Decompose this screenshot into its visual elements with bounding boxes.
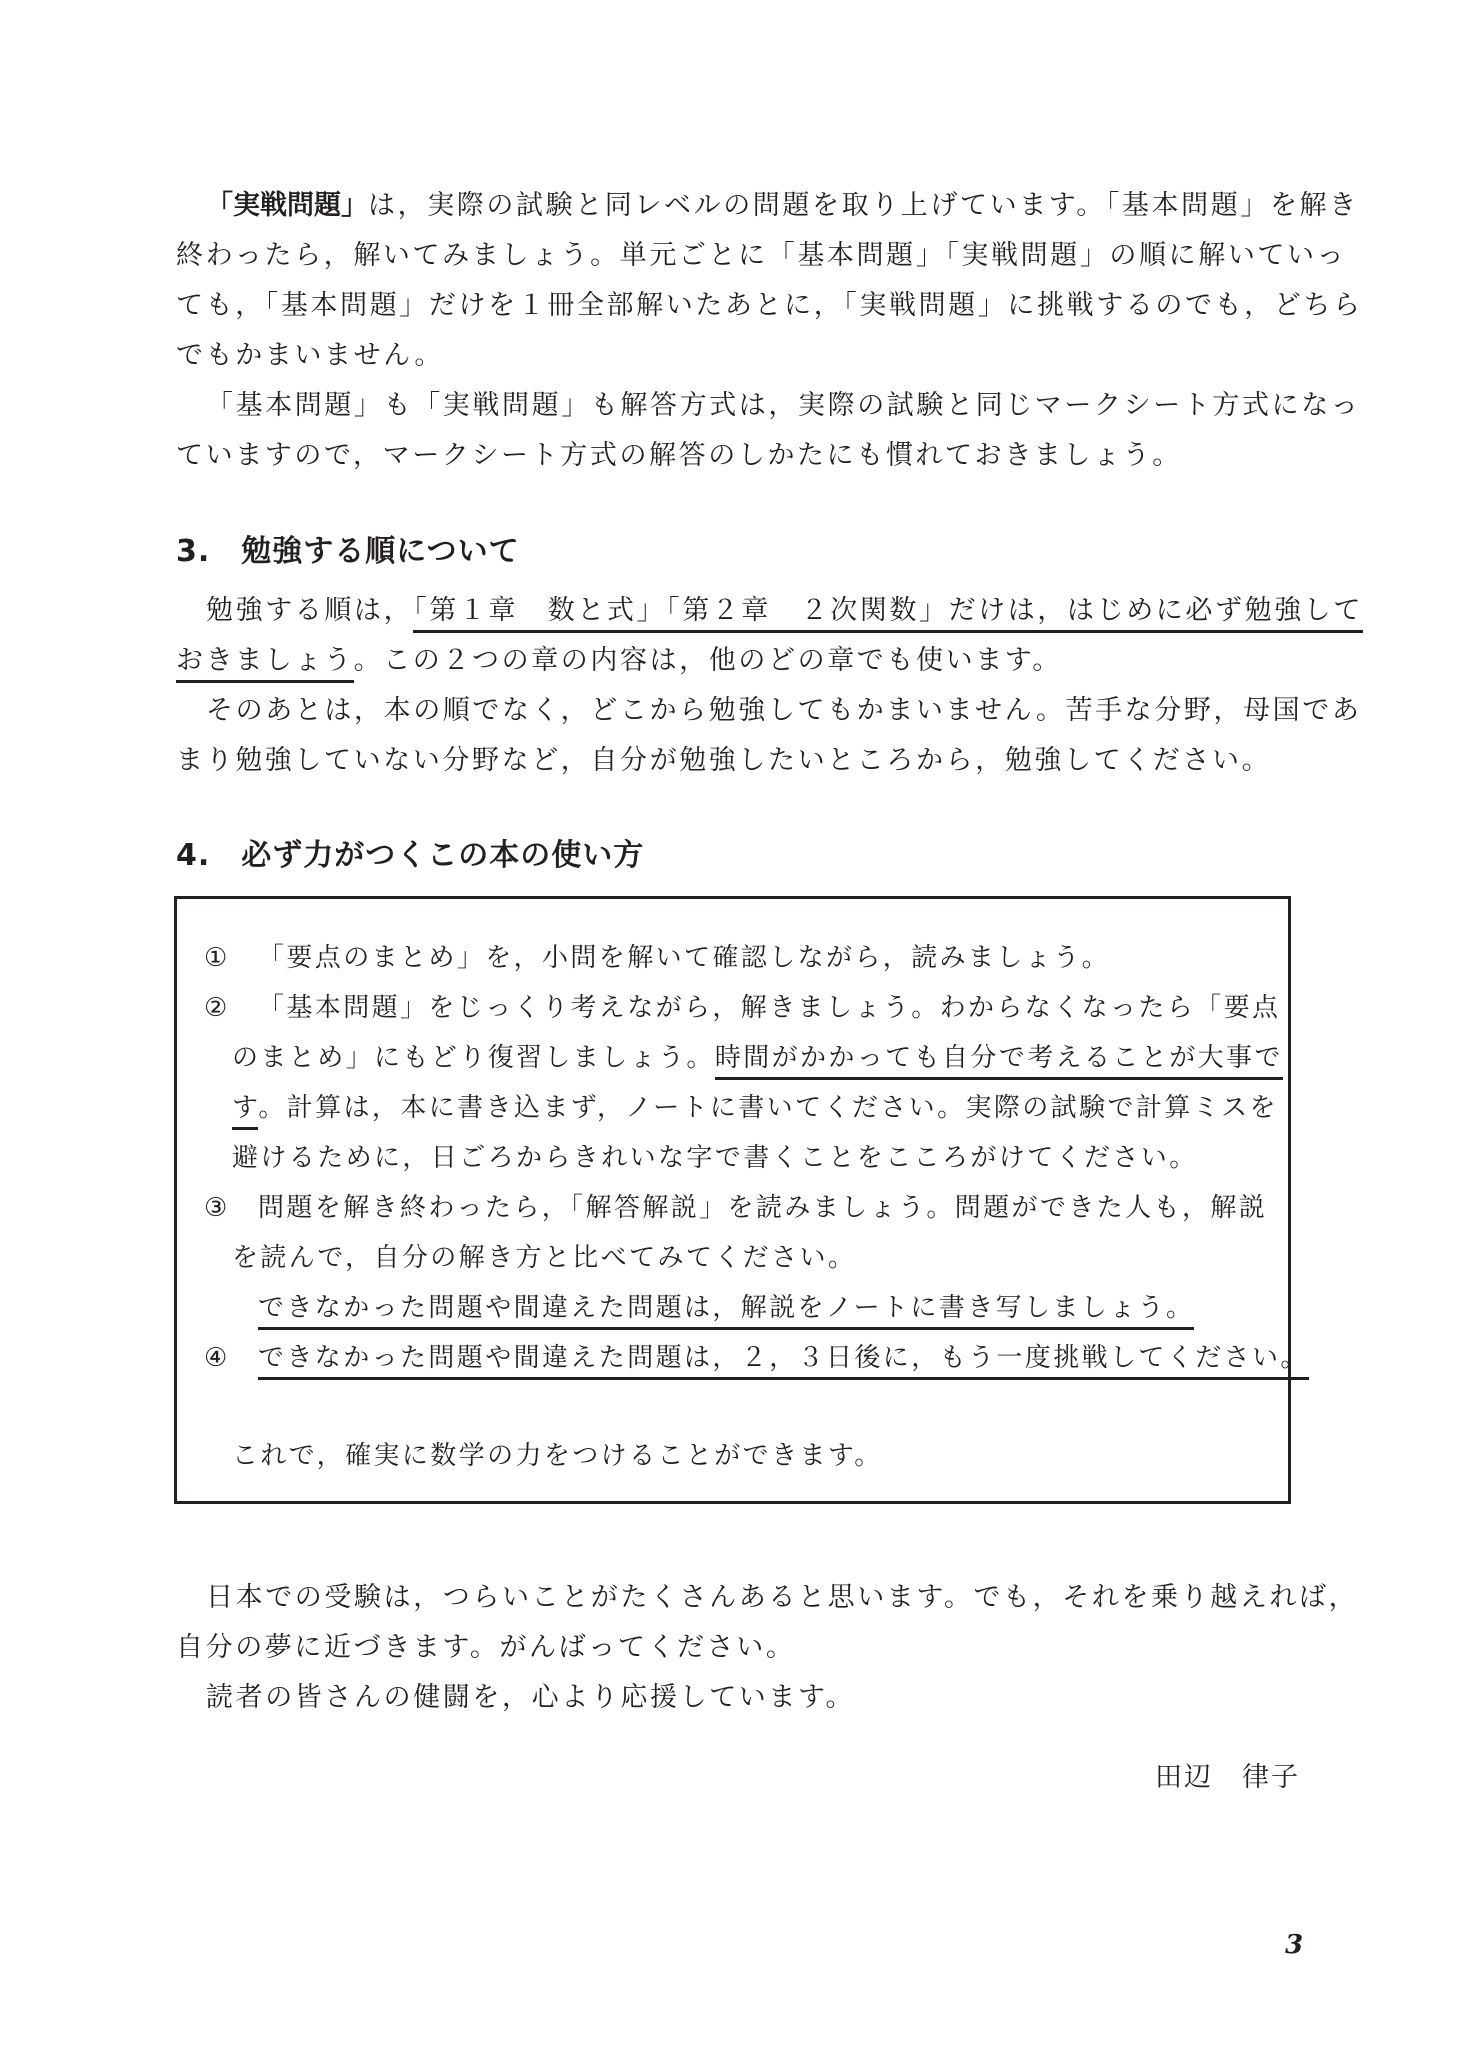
intro-p1-line-1: 「実戦問題」は，実際の試験と同レベルの問題を取り上げています。「基本問題」を解き — [176, 188, 1336, 224]
usage-item-3-line-1: ③問題を解き終わったら，「解答解説」を読みましょう。問題ができた人も，解説 — [204, 1190, 1274, 1226]
usage-item-4: ④できなかった問題や間違えた問題は，２，３日後に，もう一度挑戦してください。 — [204, 1340, 1274, 1376]
intro-p1-line-3: ても，「基本問題」だけを１冊全部解いたあとに，「実戦問題」に挑戦するのでも，どち… — [176, 288, 1306, 324]
usage-item-3-line-2: を読んで，自分の解き方と比べてみてください。 — [204, 1240, 1302, 1276]
section-3-p2-line-1: そのあとは，本の順でなく，どこから勉強してもかまいません。苦手な分野，母国であ — [176, 693, 1336, 729]
section-3-p2-line-2: まり勉強していない分野など，自分が勉強したいところから，勉強してください。 — [176, 743, 1306, 779]
outro-p1-line-2: 自分の夢に近づきます。がんばってください。 — [176, 1630, 1306, 1666]
underlined-emphasis: おきましょう — [176, 645, 354, 683]
circled-number-3: ③ — [204, 1190, 258, 1226]
circled-number-4: ④ — [204, 1340, 258, 1376]
outro-p2: 読者の皆さんの健闘を，心より応援しています。 — [176, 1680, 1336, 1716]
usage-item-2-line-1: ②「基本問題」をじっくり考えながら，解きましょう。わからなくなったら「要点 — [204, 990, 1274, 1026]
underlined-emphasis: す — [232, 1093, 258, 1130]
usage-item-2-line-2: のまとめ」にもどり復習しましょう。時間がかかっても自分で考えることが大事で — [204, 1040, 1302, 1076]
usage-box-closing: これで，確実に数学の力をつけることができます。 — [204, 1438, 1302, 1474]
usage-item-2-line-3: す。計算は，本に書き込まず，ノートに書いてください。実際の試験で計算ミスを — [204, 1090, 1302, 1126]
underlined-emphasis: 時間がかかっても自分で考えることが大事で — [715, 1043, 1283, 1080]
underlined-emphasis: できなかった問題や間違えた問題は，２，３日後に，もう一度挑戦してください。 — [258, 1343, 1309, 1380]
intro-p2-line-1: 「基本問題」も「実戦問題」も解答方式は，実際の試験と同じマークシート方式になっ — [176, 388, 1336, 424]
section-3-p1-line-2: おきましょう。この２つの章の内容は，他のどの章でも使います。 — [176, 643, 1306, 679]
usage-item-3-line-3: できなかった問題や間違えた問題は，解説をノートに書き写しましょう。 — [204, 1290, 1328, 1326]
intro-p2-line-2: ていますので，マークシート方式の解答のしかたにも慣れておきましょう。 — [176, 438, 1306, 474]
section-3-p1-line-1: 勉強する順は，「第１章 数と式」「第２章 ２次関数」だけは，はじめに必ず勉強して — [176, 593, 1336, 629]
document-page: 「実戦問題」は，実際の試験と同レベルの問題を取り上げています。「基本問題」を解き… — [0, 0, 1465, 2056]
term-jissen-mondai: 「実戦問題」 — [206, 190, 368, 221]
underlined-emphasis: できなかった問題や間違えた問題は，解説をノートに書き写しましょう。 — [258, 1293, 1194, 1330]
intro-p1-line-2: 終わったら，解いてみましょう。単元ごとに「基本問題」「実戦問題」の順に解いていっ — [176, 238, 1306, 274]
usage-item-2-line-4: 避けるために，日ごろからきれいな字で書くことをこころがけてください。 — [204, 1140, 1302, 1176]
circled-number-2: ② — [204, 990, 258, 1026]
page-number: 3 — [1285, 1930, 1303, 1960]
author-signature: 田辺 律子 — [1155, 1760, 1300, 1796]
section-3-heading: 3. 勉強する順について — [176, 532, 520, 572]
usage-item-1: ①「要点のまとめ」を，小問を解いて確認しながら，読みましょう。 — [204, 940, 1274, 976]
outro-p1-line-1: 日本での受験は，つらいことがたくさんあると思います。でも，それを乗り越えれば， — [176, 1580, 1336, 1616]
intro-p1-line-4: でもかまいません。 — [176, 338, 1306, 374]
circled-number-1: ① — [204, 940, 258, 976]
section-4-heading: 4. 必ず力がつくこの本の使い方 — [176, 836, 644, 876]
underlined-emphasis: 「第１章 数と式」「第２章 ２次関数」だけは，はじめに必ず勉強して — [413, 595, 1363, 633]
